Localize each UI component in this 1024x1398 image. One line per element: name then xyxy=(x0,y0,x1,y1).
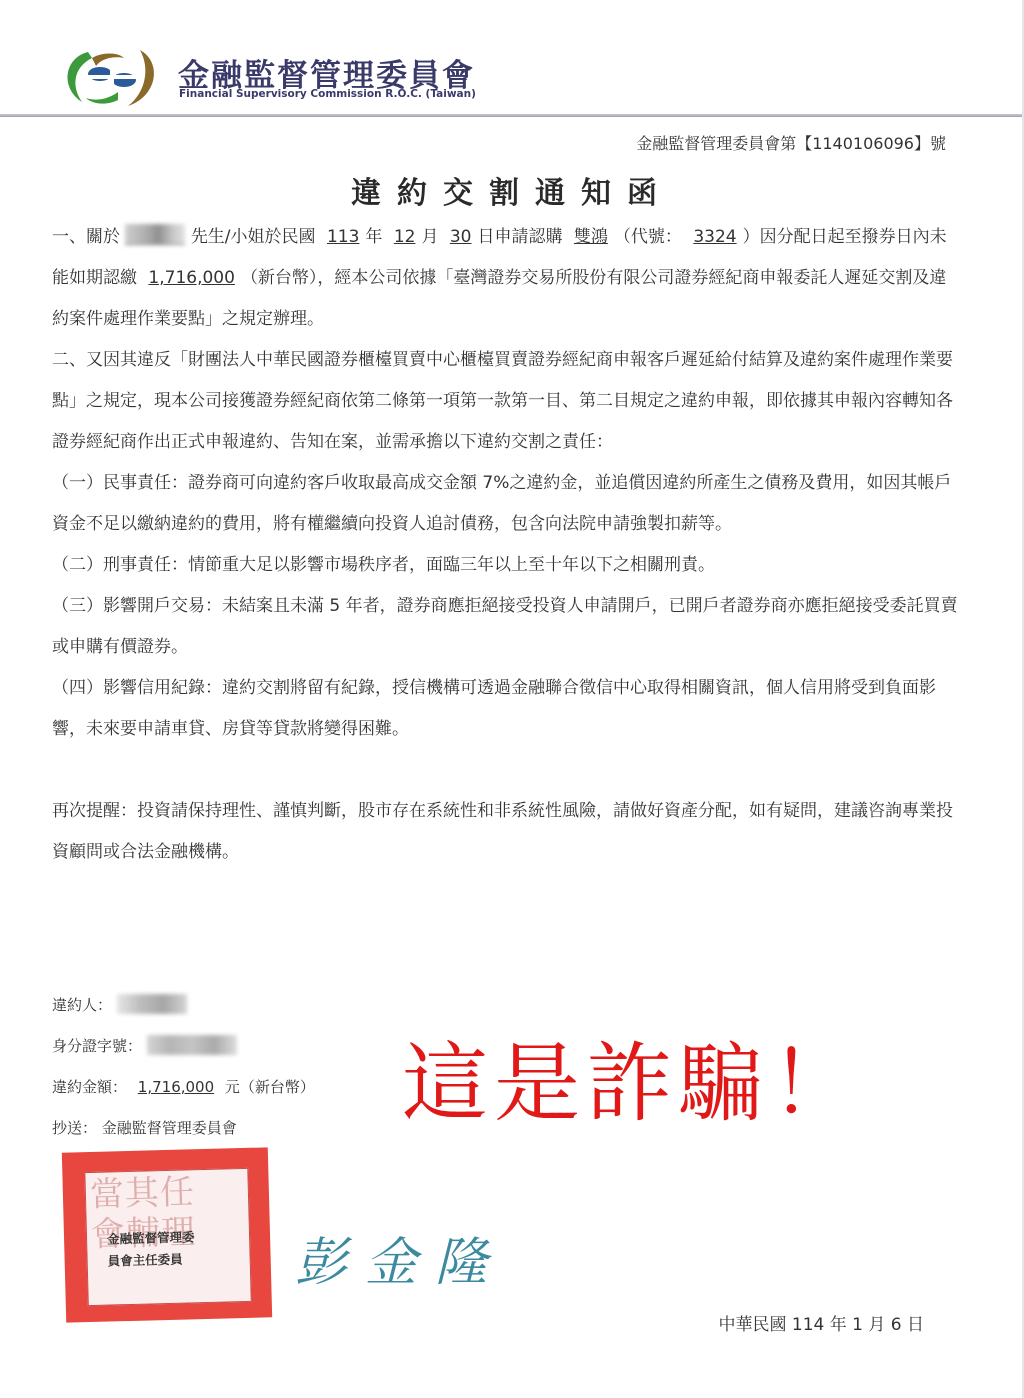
amount-value: 1,716,000 xyxy=(132,1078,220,1096)
liability-criminal: （二）刑事責任：情節重大足以影響市場秩序者，面臨三年以上至十年以下之相關刑責。 xyxy=(52,545,962,586)
redacted-defaulter xyxy=(117,994,187,1014)
seal-line-2: 員會主任委員 xyxy=(107,1252,182,1269)
month-label: 月 xyxy=(421,227,438,247)
document-number: 金融監督管理委員會第【1140106096】號 xyxy=(636,131,946,154)
org-name-en: Financial Supervisory Commission R.O.C. … xyxy=(179,88,476,100)
fraud-notice-document: 金融監督管理委員會 Financial Supervisory Commissi… xyxy=(0,0,1024,1398)
signature: 彭金隆 xyxy=(295,1220,505,1295)
amount-row: 違約金額： 1,716,000 元（新台幣） xyxy=(52,1067,315,1108)
letterhead: 金融監督管理委員會 Financial Supervisory Commissi… xyxy=(58,44,538,110)
section-2: 二、又因其違反「財團法人中華民國證券櫃檯買賣中心櫃檯買賣證券經紀商申報客戶遲延給… xyxy=(52,340,962,463)
issue-date: 中華民國 114 年 1 月 6 日 xyxy=(718,1310,924,1335)
document-body: 一、關於 先生/小姐於民國 113年 12月 30日申請認購 雙鴻（代號： 33… xyxy=(52,217,962,873)
header-divider xyxy=(0,114,1024,117)
redacted-id xyxy=(147,1035,237,1055)
document-title: 違約交割通知函 xyxy=(0,168,1024,212)
seal-line-1: 金融監督管理委 xyxy=(107,1229,195,1246)
cc-label: 抄送： xyxy=(52,1119,97,1137)
seal-caption: 金融監督管理委員會主任委員 xyxy=(107,1226,196,1272)
reminder: 再次提醒：投資請保持理性、謹慎判斷，股市存在系統性和非系統性風險，請做好資產分配… xyxy=(52,791,962,873)
year-label: 年 xyxy=(365,227,382,247)
redacted-name xyxy=(125,224,185,245)
application-month: 12 xyxy=(388,227,422,247)
section-1-text: 先生/小姐於民國 xyxy=(191,227,316,247)
spacer xyxy=(52,750,962,791)
amount-label: 違約金額： xyxy=(52,1078,127,1096)
day-label: 日申請認購 xyxy=(478,227,563,247)
application-day: 30 xyxy=(444,227,478,247)
liability-civil: （一）民事責任：證券商可向違約客戶收取最高成交金額 7%之違約金，並追償因違約所… xyxy=(52,463,962,545)
fsc-logo-icon xyxy=(58,44,166,110)
defaulter-label: 違約人： xyxy=(52,996,112,1014)
defaulter-row: 違約人： xyxy=(52,985,315,1026)
liability-account-opening: （三）影響開戶交易：未結案且未滿 5 年者，證券商應拒絕接受投資人申請開戶，已開… xyxy=(52,586,962,668)
amount-suffix: 元（新台幣） xyxy=(225,1078,315,1096)
default-amount: 1,716,000 xyxy=(142,268,241,288)
stock-name: 雙鴻 xyxy=(568,227,614,247)
section-1: 一、關於 先生/小姐於民國 113年 12月 30日申請認購 雙鴻（代號： 33… xyxy=(52,217,962,340)
stock-code: 3324 xyxy=(687,227,742,247)
code-label: （代號： xyxy=(614,227,682,247)
id-row: 身分證字號： xyxy=(52,1026,315,1067)
liability-credit-record: （四）影響信用紀錄：違約交割將留有紀錄，授信機構可透過金融聯合徵信中心取得相關資… xyxy=(52,668,962,750)
cc-row: 抄送： 金融監督管理委員會 xyxy=(52,1108,315,1149)
section-1-prefix: 一、關於 xyxy=(52,227,120,247)
official-seal-stamp: 當其任會輔理 金融監督管理委員會主任委員 xyxy=(62,1147,272,1322)
application-year: 113 xyxy=(321,227,365,247)
cc-value: 金融監督管理委員會 xyxy=(102,1119,237,1137)
defaulter-fields: 違約人： 身分證字號： 違約金額： 1,716,000 元（新台幣） 抄送： 金… xyxy=(52,985,315,1149)
fraud-warning-annotation: 這是詐騙！ xyxy=(402,1014,862,1138)
id-label: 身分證字號： xyxy=(52,1037,142,1055)
seal-inner: 當其任會輔理 金融監督管理委員會主任委員 xyxy=(84,1168,251,1306)
